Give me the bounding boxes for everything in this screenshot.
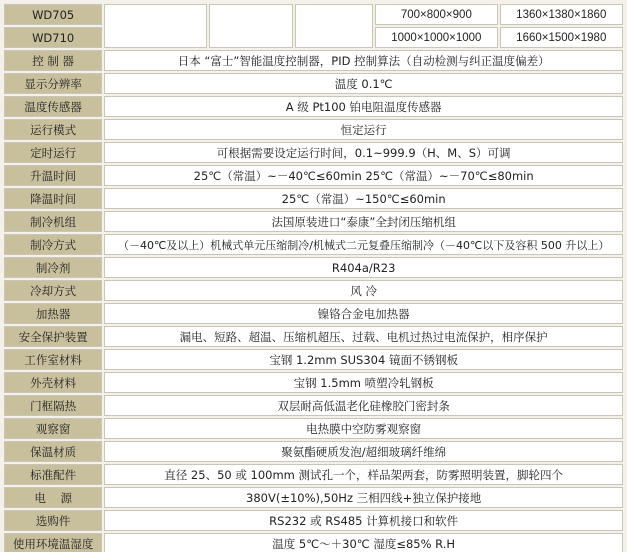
spec-row-controller: 控 制 器 日本 “富士”智能温度控制器，PID 控制算法（自动检测与纠正温度偏…	[4, 50, 623, 71]
spec-row-timed-run: 定时运行 可根据需要设定运行时间，0.1~999.9（H、M、S）可调	[4, 142, 623, 163]
spec-table: WD705 700×800×900 1360×1380×1860 WD710 1…	[2, 2, 625, 552]
spec-label: 标准配件	[4, 464, 102, 485]
spec-value: 温度 5℃～＋30℃ 湿度≤85% R.H	[104, 533, 623, 552]
inner-size: 1000×1000×1000	[375, 27, 497, 48]
spec-label: 选购件	[4, 510, 102, 531]
spec-value: 25℃（常温）~－40℃≤60min 25℃（常温）~－70℃≤80min	[104, 165, 623, 186]
spec-value: 380V(±10%),50Hz 三相四线+独立保护接地	[104, 487, 623, 508]
spec-row-heating-time: 升温时间 25℃（常温）~－40℃≤60min 25℃（常温）~－70℃≤80m…	[4, 165, 623, 186]
spec-value: 25℃（常温）~150℃≤60min	[104, 188, 623, 209]
spec-label: 降温时间	[4, 188, 102, 209]
spec-row-refrigeration-unit: 制冷机组 法国原装进口“泰康”全封闭压缩机组	[4, 211, 623, 232]
spec-value: 日本 “富士”智能温度控制器，PID 控制算法（自动检测与纠正温度偏差）	[104, 50, 623, 71]
spec-label: 制冷机组	[4, 211, 102, 232]
spec-row-power: 电 源 380V(±10%),50Hz 三相四线+独立保护接地	[4, 487, 623, 508]
model-row: WD705 700×800×900 1360×1380×1860	[4, 4, 623, 25]
spec-row-heater: 加热器 镍铬合金电加热器	[4, 303, 623, 324]
spec-value: 漏电、短路、超温、压缩机超压、过载、电机过热过电流保护，相序保护	[104, 326, 623, 347]
spec-label: 使用环境温湿度	[4, 533, 102, 552]
spec-label: 运行模式	[4, 119, 102, 140]
spec-row-standard-accessories: 标准配件 直径 25、50 或 100mm 测试孔一个，样品架两套，防雾照明装置…	[4, 464, 623, 485]
spec-label: 观察窗	[4, 418, 102, 439]
spec-value: 宝钢 1.2mm SUS304 镜面不锈钢板	[104, 349, 623, 370]
spec-value: A 级 Pt100 铂电阻温度传感器	[104, 96, 623, 117]
blank-cell	[295, 4, 373, 48]
spec-label: 工作室材料	[4, 349, 102, 370]
spec-value: 聚氨酯硬质发泡/超细玻璃纤维绵	[104, 441, 623, 462]
spec-label: 电 源	[4, 487, 102, 508]
spec-value: 电热膜中空防雾观察窗	[104, 418, 623, 439]
spec-value: 温度 0.1℃	[104, 73, 623, 94]
spec-label: 加热器	[4, 303, 102, 324]
spec-row-door-insulation: 门框隔热 双层耐高低温老化硅橡胶门密封条	[4, 395, 623, 416]
outer-size: 1360×1380×1860	[500, 4, 623, 25]
spec-row-safety: 安全保护装置 漏电、短路、超温、压缩机超压、过载、电机过热过电流保护，相序保护	[4, 326, 623, 347]
spec-value: 双层耐高低温老化硅橡胶门密封条	[104, 395, 623, 416]
blank-cell	[209, 4, 293, 48]
spec-label: 制冷方式	[4, 234, 102, 255]
inner-size: 700×800×900	[375, 4, 497, 25]
spec-value: 可根据需要设定运行时间，0.1~999.9（H、M、S）可调	[104, 142, 623, 163]
spec-row-display-resolution: 显示分辨率 温度 0.1℃	[4, 73, 623, 94]
spec-value: 风 冷	[104, 280, 623, 301]
spec-row-cooling-time: 降温时间 25℃（常温）~150℃≤60min	[4, 188, 623, 209]
spec-row-options: 选购件 RS232 或 RS485 计算机接口和软件	[4, 510, 623, 531]
spec-row-refrigeration-method: 制冷方式 （－40℃及以上）机械式单元压缩制冷/机械式二元复叠压缩制冷（－40℃…	[4, 234, 623, 255]
spec-row-refrigerant: 制冷剂 R404a/R23	[4, 257, 623, 278]
spec-label: 升温时间	[4, 165, 102, 186]
spec-value: （－40℃及以上）机械式单元压缩制冷/机械式二元复叠压缩制冷（－40℃以下及容积…	[104, 234, 623, 255]
spec-row-environment: 使用环境温湿度 温度 5℃～＋30℃ 湿度≤85% R.H	[4, 533, 623, 552]
spec-row-window: 观察窗 电热膜中空防雾观察窗	[4, 418, 623, 439]
spec-label: 保温材质	[4, 441, 102, 462]
spec-value: 恒定运行	[104, 119, 623, 140]
spec-row-temp-sensor: 温度传感器 A 级 Pt100 铂电阻温度传感器	[4, 96, 623, 117]
spec-sheet: WD705 700×800×900 1360×1380×1860 WD710 1…	[0, 0, 627, 552]
spec-value: R404a/R23	[104, 257, 623, 278]
spec-label: 控 制 器	[4, 50, 102, 71]
spec-value: 宝钢 1.5mm 喷塑冷轧钢板	[104, 372, 623, 393]
spec-row-cooling-method: 冷却方式 风 冷	[4, 280, 623, 301]
spec-label: 显示分辨率	[4, 73, 102, 94]
spec-row-chamber-material: 工作室材料 宝钢 1.2mm SUS304 镜面不锈钢板	[4, 349, 623, 370]
outer-size: 1660×1500×1980	[500, 27, 623, 48]
spec-label: 冷却方式	[4, 280, 102, 301]
model-name: WD710	[4, 27, 102, 48]
spec-label: 定时运行	[4, 142, 102, 163]
spec-row-run-mode: 运行模式 恒定运行	[4, 119, 623, 140]
spec-label: 外壳材料	[4, 372, 102, 393]
spec-value: RS232 或 RS485 计算机接口和软件	[104, 510, 623, 531]
spec-row-insulation-material: 保温材质 聚氨酯硬质发泡/超细玻璃纤维绵	[4, 441, 623, 462]
spec-label: 门框隔热	[4, 395, 102, 416]
spec-row-shell-material: 外壳材料 宝钢 1.5mm 喷塑冷轧钢板	[4, 372, 623, 393]
spec-value: 镍铬合金电加热器	[104, 303, 623, 324]
spec-value: 直径 25、50 或 100mm 测试孔一个，样品架两套，防雾照明装置，脚轮四个	[104, 464, 623, 485]
spec-label: 安全保护装置	[4, 326, 102, 347]
model-name: WD705	[4, 4, 102, 25]
spec-label: 温度传感器	[4, 96, 102, 117]
blank-cell	[104, 4, 206, 48]
spec-label: 制冷剂	[4, 257, 102, 278]
spec-value: 法国原装进口“泰康”全封闭压缩机组	[104, 211, 623, 232]
